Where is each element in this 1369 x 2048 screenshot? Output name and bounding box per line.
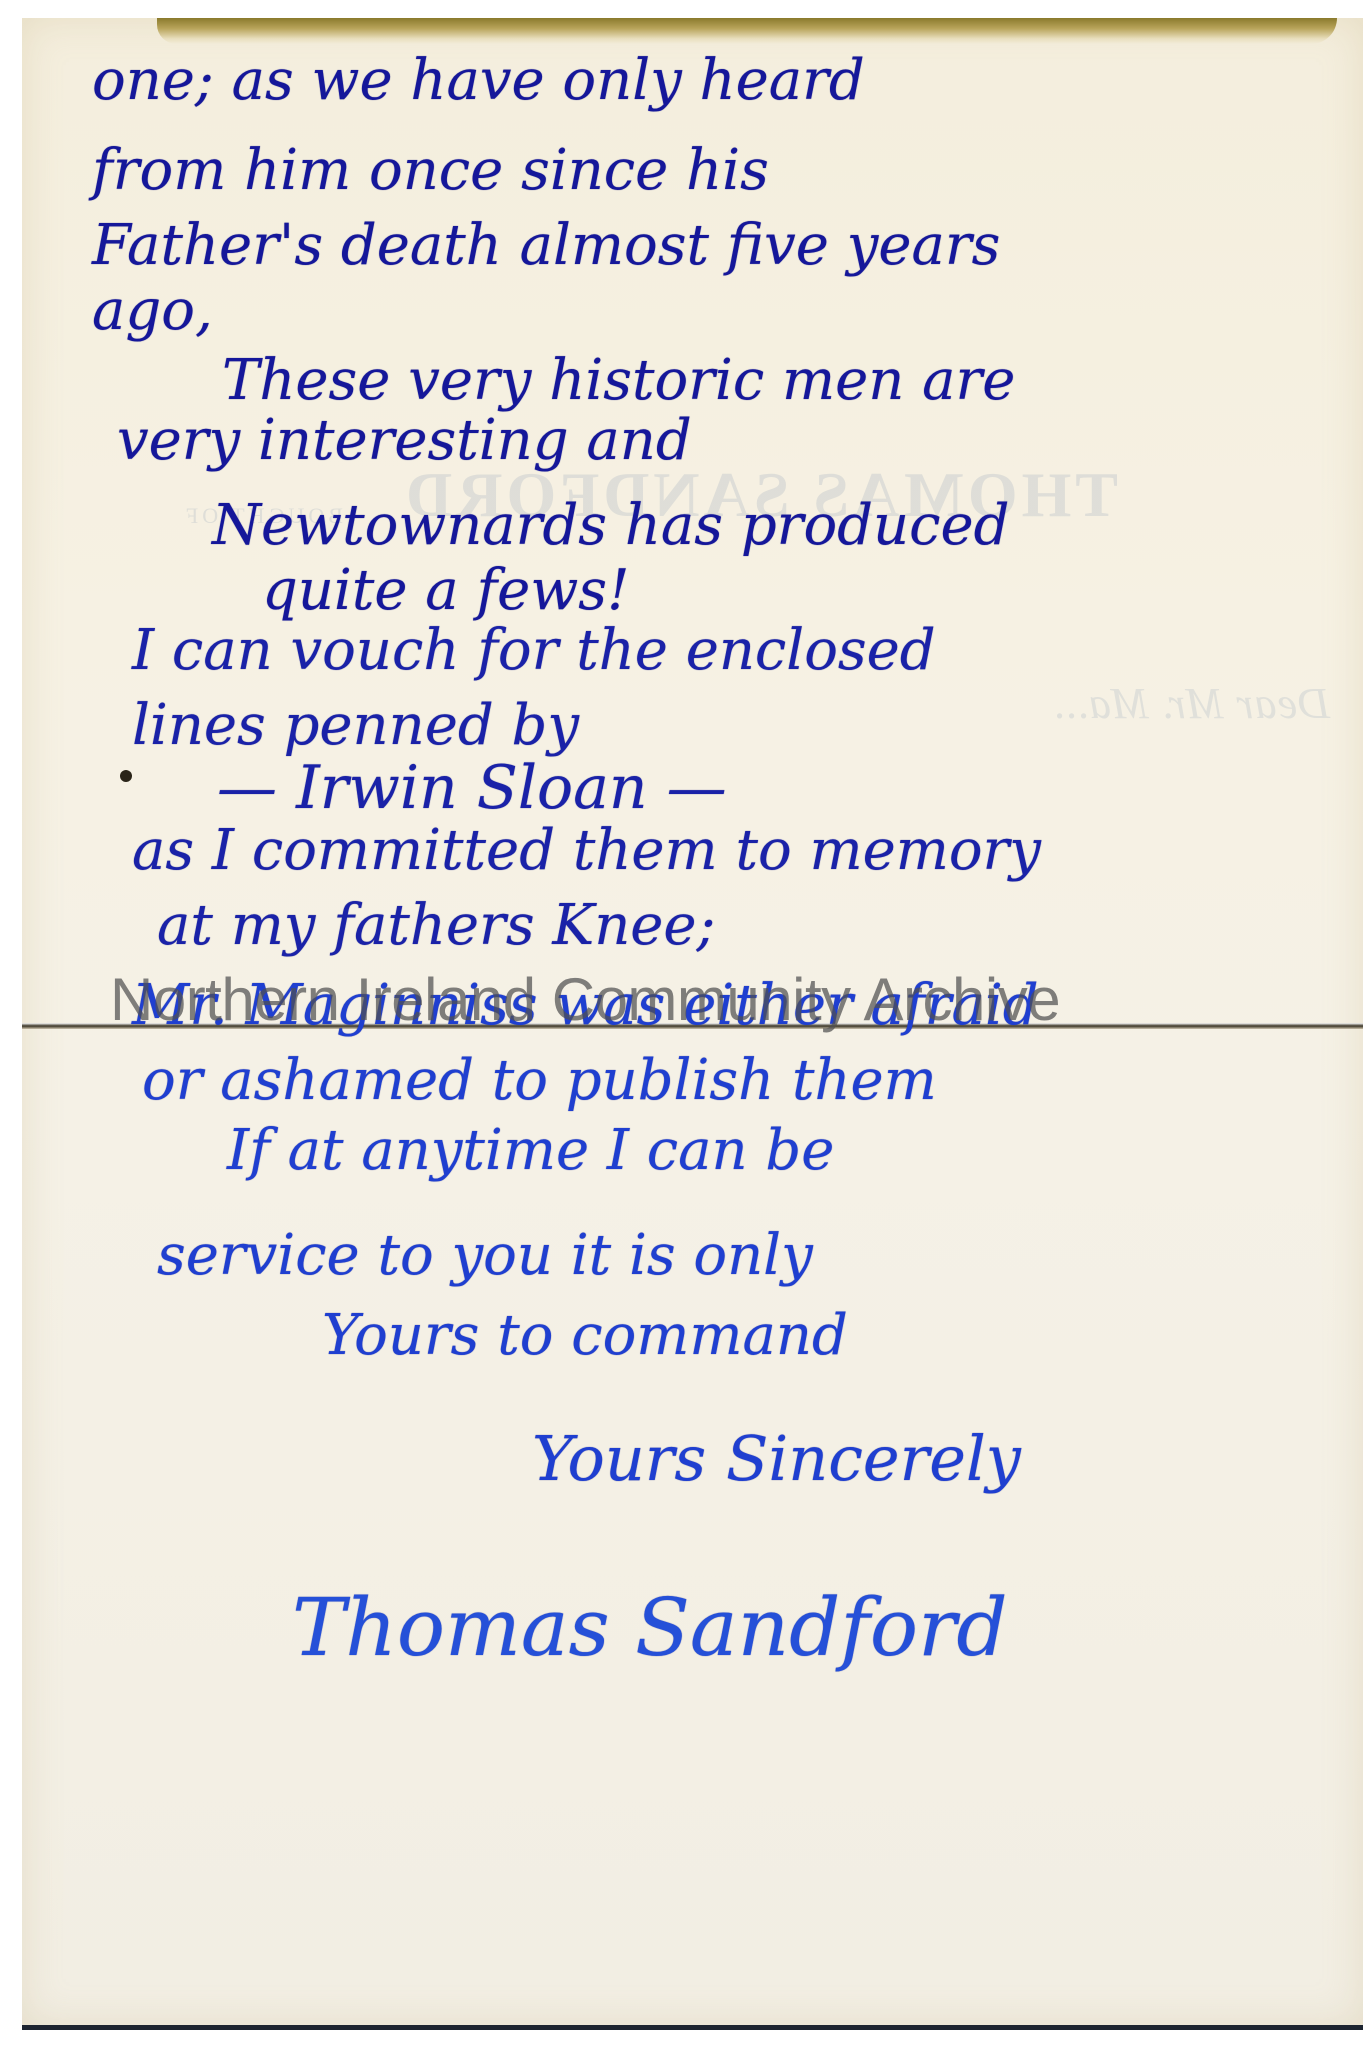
letter-line-3: Father's death almost five years xyxy=(92,218,1000,274)
closing-salutation: Yours Sincerely xyxy=(532,1428,1021,1490)
letter-line-9: I can vouch for the enclosed xyxy=(132,623,936,679)
bleed-salutation: Dear Mr. Ma... xyxy=(1052,678,1330,729)
letter-line-15: or ashamed to publish them xyxy=(142,1053,937,1109)
paper-top-stain xyxy=(157,18,1337,44)
letter-line-4: ago, xyxy=(92,283,213,339)
letter-line-2: from him once since his xyxy=(92,143,769,199)
letter-line-1: one; as we have only heard xyxy=(92,53,865,109)
letter-line-7: Newtownards has produced xyxy=(212,498,1009,554)
letter-line-10: lines penned by xyxy=(132,698,579,754)
signature: Thomas Sandford xyxy=(292,1588,1008,1668)
letter-line-5: These very historic men are xyxy=(222,353,1015,409)
letter-line-8: quite a fews! xyxy=(262,563,630,619)
archive-watermark: Northern Ireland Community Archive xyxy=(110,965,1060,1034)
poet-name: — Irwin Sloan — xyxy=(217,758,727,818)
ink-spot xyxy=(120,770,132,782)
letter-line-6: very interesting and xyxy=(117,413,692,469)
letter-line-12: as I committed them to memory xyxy=(132,823,1041,879)
letter-line-16: If at anytime I can be xyxy=(227,1123,834,1179)
letter-line-13: at my fathers Knee; xyxy=(157,898,715,954)
letter-line-17: service to you it is only xyxy=(157,1228,813,1284)
letter-line-18: Yours to command xyxy=(322,1308,848,1364)
paper-bottom-edge xyxy=(22,2025,1363,2030)
